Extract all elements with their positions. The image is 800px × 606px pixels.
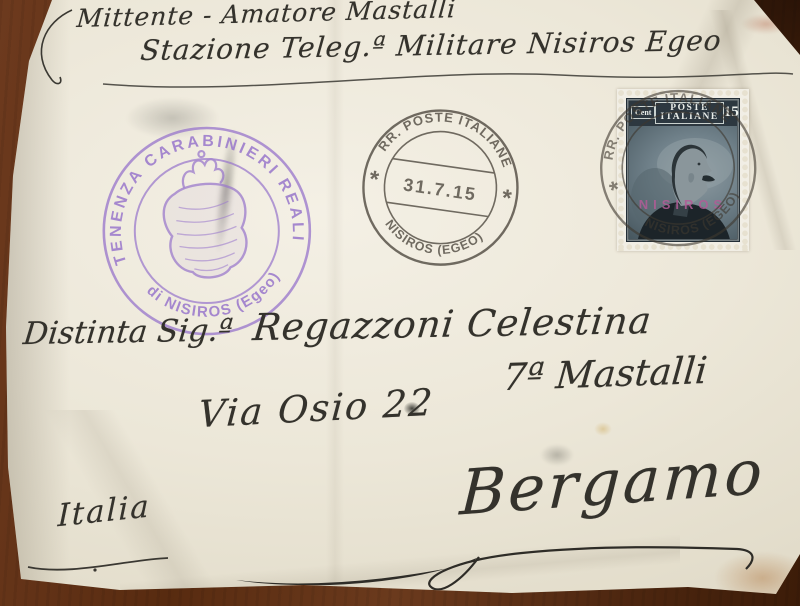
handstamp-shield-icon [161, 179, 254, 282]
cds-bridge-bottom [387, 202, 488, 216]
address-city: Bergamo [458, 435, 767, 530]
cds-date: 31.7.15 [402, 175, 478, 205]
envelope: Mittente - Amatore Mastalli Stazione Tel… [0, 0, 800, 606]
city-underline-thick [236, 557, 479, 585]
address-street: Via Osio 22 [197, 381, 436, 437]
cds-bridge-top [393, 159, 494, 173]
postmark-cds: RR. POSTE ITALIANE NISIROS (EGEO) * * 31… [347, 96, 539, 286]
handstamp-crown-icon [179, 149, 224, 189]
address-country: Italia [57, 488, 151, 534]
postmark-cds-partial: RR. POSTE ITALIANE NISIROS (EGEO) * [575, 64, 789, 276]
cds-star-right: * [500, 184, 514, 212]
cds-bottom-text: NISIROS (EGEO) [379, 216, 487, 264]
city-underline-flourish [429, 547, 752, 589]
country-underline [28, 558, 168, 570]
capital-swash [41, 10, 72, 84]
cds2-top-text: RR. POSTE ITALIANE [587, 72, 738, 165]
address-salutation: Distinta Sig.ª [22, 312, 235, 352]
photo-scene: Mittente - Amatore Mastalli Stazione Tel… [0, 0, 800, 606]
svg-text:NISIROS (EGEO): NISIROS (EGEO) [379, 216, 487, 264]
sender-line-2: Stazione Teleg.ª Militare Nisiros Egeo [139, 24, 723, 67]
country-underline-dot [93, 568, 96, 571]
fox-spot [594, 422, 612, 436]
cds-star-left: * [367, 166, 381, 194]
address-name: Regazzoni Celestina [251, 299, 654, 349]
sender-line-1: Mittente - Amatore Mastalli [76, 0, 458, 33]
address-family-line: 7ª Mastalli [501, 349, 709, 399]
svg-text:RR. POSTE ITALIANE: RR. POSTE ITALIANE [587, 72, 738, 165]
